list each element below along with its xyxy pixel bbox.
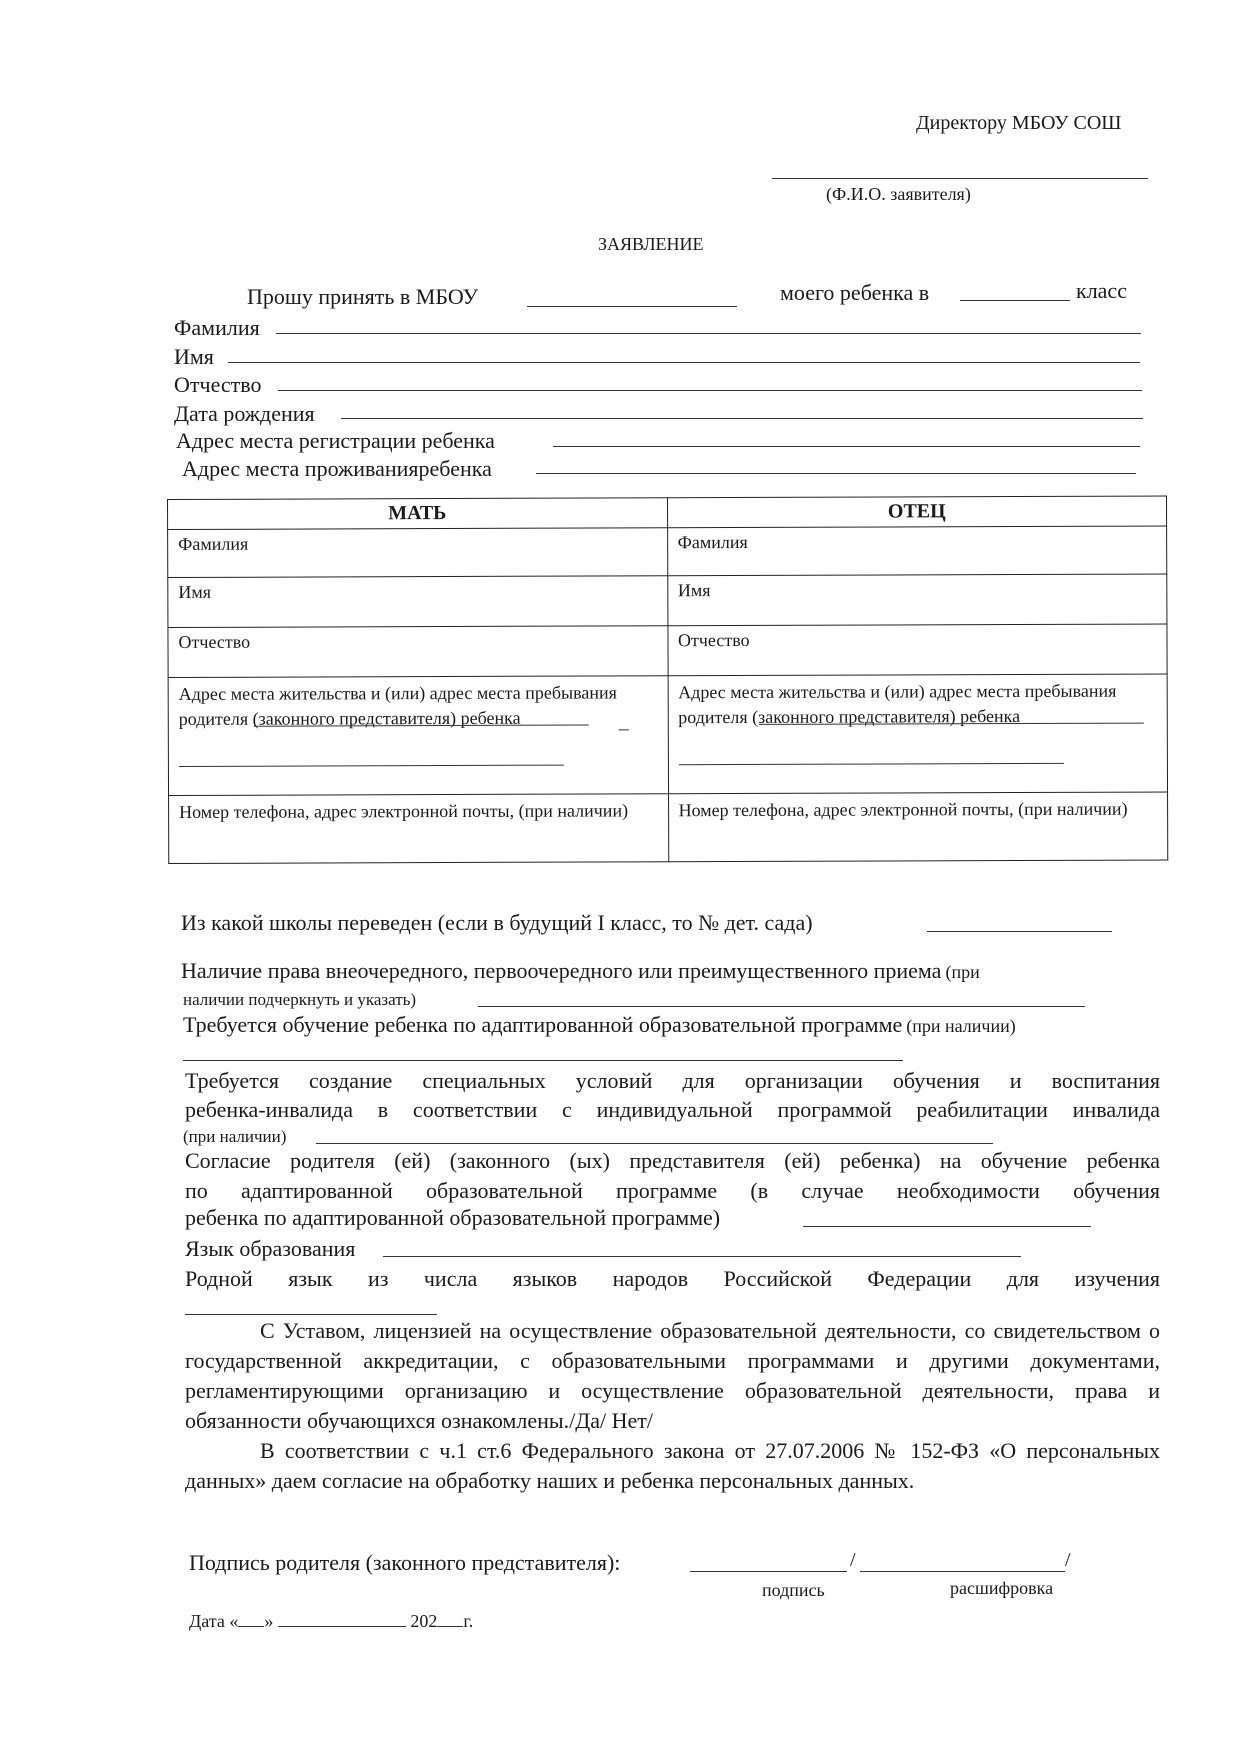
- child-birthdate-label: Дата рождения: [174, 401, 315, 427]
- consent-field[interactable]: [803, 1226, 1091, 1227]
- signature-decode-caption: расшифровка: [950, 1578, 1053, 1599]
- mother-patronymic-cell[interactable]: Отчество: [168, 626, 668, 678]
- mother-contact-cell[interactable]: Номер телефона, адрес электронной почты,…: [169, 794, 669, 864]
- father-name-label: Имя: [678, 580, 711, 600]
- acknowledgement-personal-data: В соответствии с ч.1 ст.6 Федерального з…: [185, 1436, 1160, 1496]
- date-year-field[interactable]: [437, 1608, 463, 1627]
- mother-contact-label: Номер телефона, адрес электронной почты,…: [179, 800, 628, 822]
- consent-line-1: Согласие родителя (ей) (законного (ых) п…: [185, 1146, 1160, 1175]
- mother-surname-cell[interactable]: Фамилия: [168, 528, 668, 578]
- mother-name-label: Имя: [178, 582, 211, 602]
- priority-admission-note-2: наличии подчеркнуть и указать): [183, 990, 416, 1010]
- special-conditions-line-2: ребенка-инвалида в соответствии с индиви…: [185, 1095, 1160, 1124]
- father-patronymic-cell[interactable]: Отчество: [667, 624, 1167, 676]
- mother-address-field-2[interactable]: [179, 755, 564, 767]
- signature-slash-2: /: [1065, 1549, 1071, 1572]
- father-address-field-2[interactable]: [678, 753, 1063, 765]
- father-header: ОТЕЦ: [667, 496, 1167, 528]
- grade-field[interactable]: [960, 300, 1070, 301]
- child-registration-address-label: Адрес места регистрации ребенка: [176, 428, 495, 454]
- child-residence-address-field[interactable]: [536, 473, 1136, 474]
- date-prefix: Дата «: [189, 1611, 238, 1631]
- father-contact-cell[interactable]: Номер телефона, адрес электронной почты,…: [668, 792, 1168, 862]
- school-name-field[interactable]: [527, 306, 737, 307]
- native-language-field[interactable]: [185, 1314, 437, 1315]
- date-year-prefix: 202: [410, 1611, 437, 1631]
- native-language-label: Родной язык из числа языков народов Росс…: [185, 1264, 1160, 1293]
- date-close: »: [264, 1611, 273, 1631]
- child-name-field[interactable]: [228, 362, 1140, 363]
- document-title: ЗАЯВЛЕНИЕ: [598, 234, 704, 255]
- mother-surname-label: Фамилия: [178, 534, 248, 554]
- request-suffix: класс: [1076, 278, 1127, 304]
- previous-school-field[interactable]: [927, 931, 1112, 932]
- acknowledgement-charter: С Уставом, лицензией на осуществление об…: [185, 1316, 1160, 1436]
- applicant-name-field[interactable]: [772, 178, 1148, 179]
- child-patronymic-label: Отчество: [174, 372, 262, 398]
- child-birthdate-field[interactable]: [341, 418, 1143, 419]
- addressee: Директору МБОУ СОШ: [916, 112, 1121, 135]
- parents-table: МАТЬ ОТЕЦ Фамилия Фамилия Имя Имя Отчест…: [167, 496, 1168, 864]
- signature-decode-field[interactable]: [860, 1571, 1065, 1572]
- adapted-program-block: Требуется обучение ребенка по адаптирова…: [183, 1012, 1016, 1038]
- priority-admission-block: Наличие права внеочередного, первоочеред…: [181, 958, 980, 984]
- child-residence-address-label: Адрес места проживанияребенка: [182, 456, 492, 482]
- special-conditions-field[interactable]: [316, 1143, 993, 1144]
- education-language-field[interactable]: [383, 1256, 1021, 1257]
- date-row: Дата «» 202г.: [189, 1608, 473, 1632]
- priority-admission-field[interactable]: [478, 1006, 1085, 1007]
- adapted-program-label: Требуется обучение ребенка по адаптирова…: [183, 1012, 902, 1037]
- request-middle: моего ребенка в: [780, 280, 929, 306]
- priority-admission-note: (при: [945, 962, 979, 982]
- mother-name-cell[interactable]: Имя: [168, 576, 668, 628]
- child-registration-address-field[interactable]: [553, 446, 1140, 447]
- child-name-label: Имя: [174, 344, 214, 370]
- applicant-caption: (Ф.И.О. заявителя): [826, 184, 971, 205]
- father-name-cell[interactable]: Имя: [667, 574, 1167, 626]
- father-patronymic-label: Отчество: [678, 630, 750, 650]
- father-address-cell: Адрес места жительства и (или) адрес мес…: [668, 674, 1168, 794]
- request-prefix: Прошу принять в МБОУ: [247, 284, 478, 310]
- signature-slash-1: /: [850, 1549, 856, 1572]
- special-conditions-note: (при наличии): [183, 1127, 286, 1147]
- signature-field[interactable]: [690, 1571, 847, 1572]
- mother-patronymic-label: Отчество: [178, 632, 250, 652]
- priority-admission-label: Наличие права внеочередного, первоочеред…: [181, 958, 941, 983]
- date-year-suffix: г.: [463, 1611, 473, 1631]
- special-conditions-line-1: Требуется создание специальных условий д…: [185, 1066, 1160, 1095]
- adapted-program-note: (при наличии): [906, 1016, 1015, 1036]
- previous-school-label: Из какой школы переведен (если в будущий…: [181, 910, 813, 936]
- acknowledgement: С Уставом, лицензией на осуществление об…: [185, 1316, 1160, 1496]
- consent-line-3: ребенка по адаптированной образовательно…: [185, 1205, 720, 1231]
- child-surname-label: Фамилия: [174, 315, 260, 341]
- father-surname-cell[interactable]: Фамилия: [667, 526, 1167, 576]
- signature-label: Подпись родителя (законного представител…: [189, 1550, 620, 1576]
- father-surname-label: Фамилия: [678, 532, 748, 552]
- date-month-field[interactable]: [278, 1608, 406, 1627]
- adapted-program-field[interactable]: [183, 1060, 903, 1061]
- date-day-field[interactable]: [238, 1608, 264, 1627]
- mother-address-cell: Адрес места жительства и (или) адрес мес…: [168, 676, 668, 796]
- mother-header: МАТЬ: [168, 498, 668, 530]
- consent-line-2: по адаптированной образовательной програ…: [185, 1176, 1160, 1205]
- child-surname-field[interactable]: [276, 333, 1141, 334]
- education-language-label: Язык образования: [185, 1236, 355, 1262]
- child-patronymic-field[interactable]: [278, 390, 1142, 391]
- signature-caption: подпись: [762, 1580, 825, 1601]
- father-contact-label: Номер телефона, адрес электронной почты,…: [679, 799, 1128, 821]
